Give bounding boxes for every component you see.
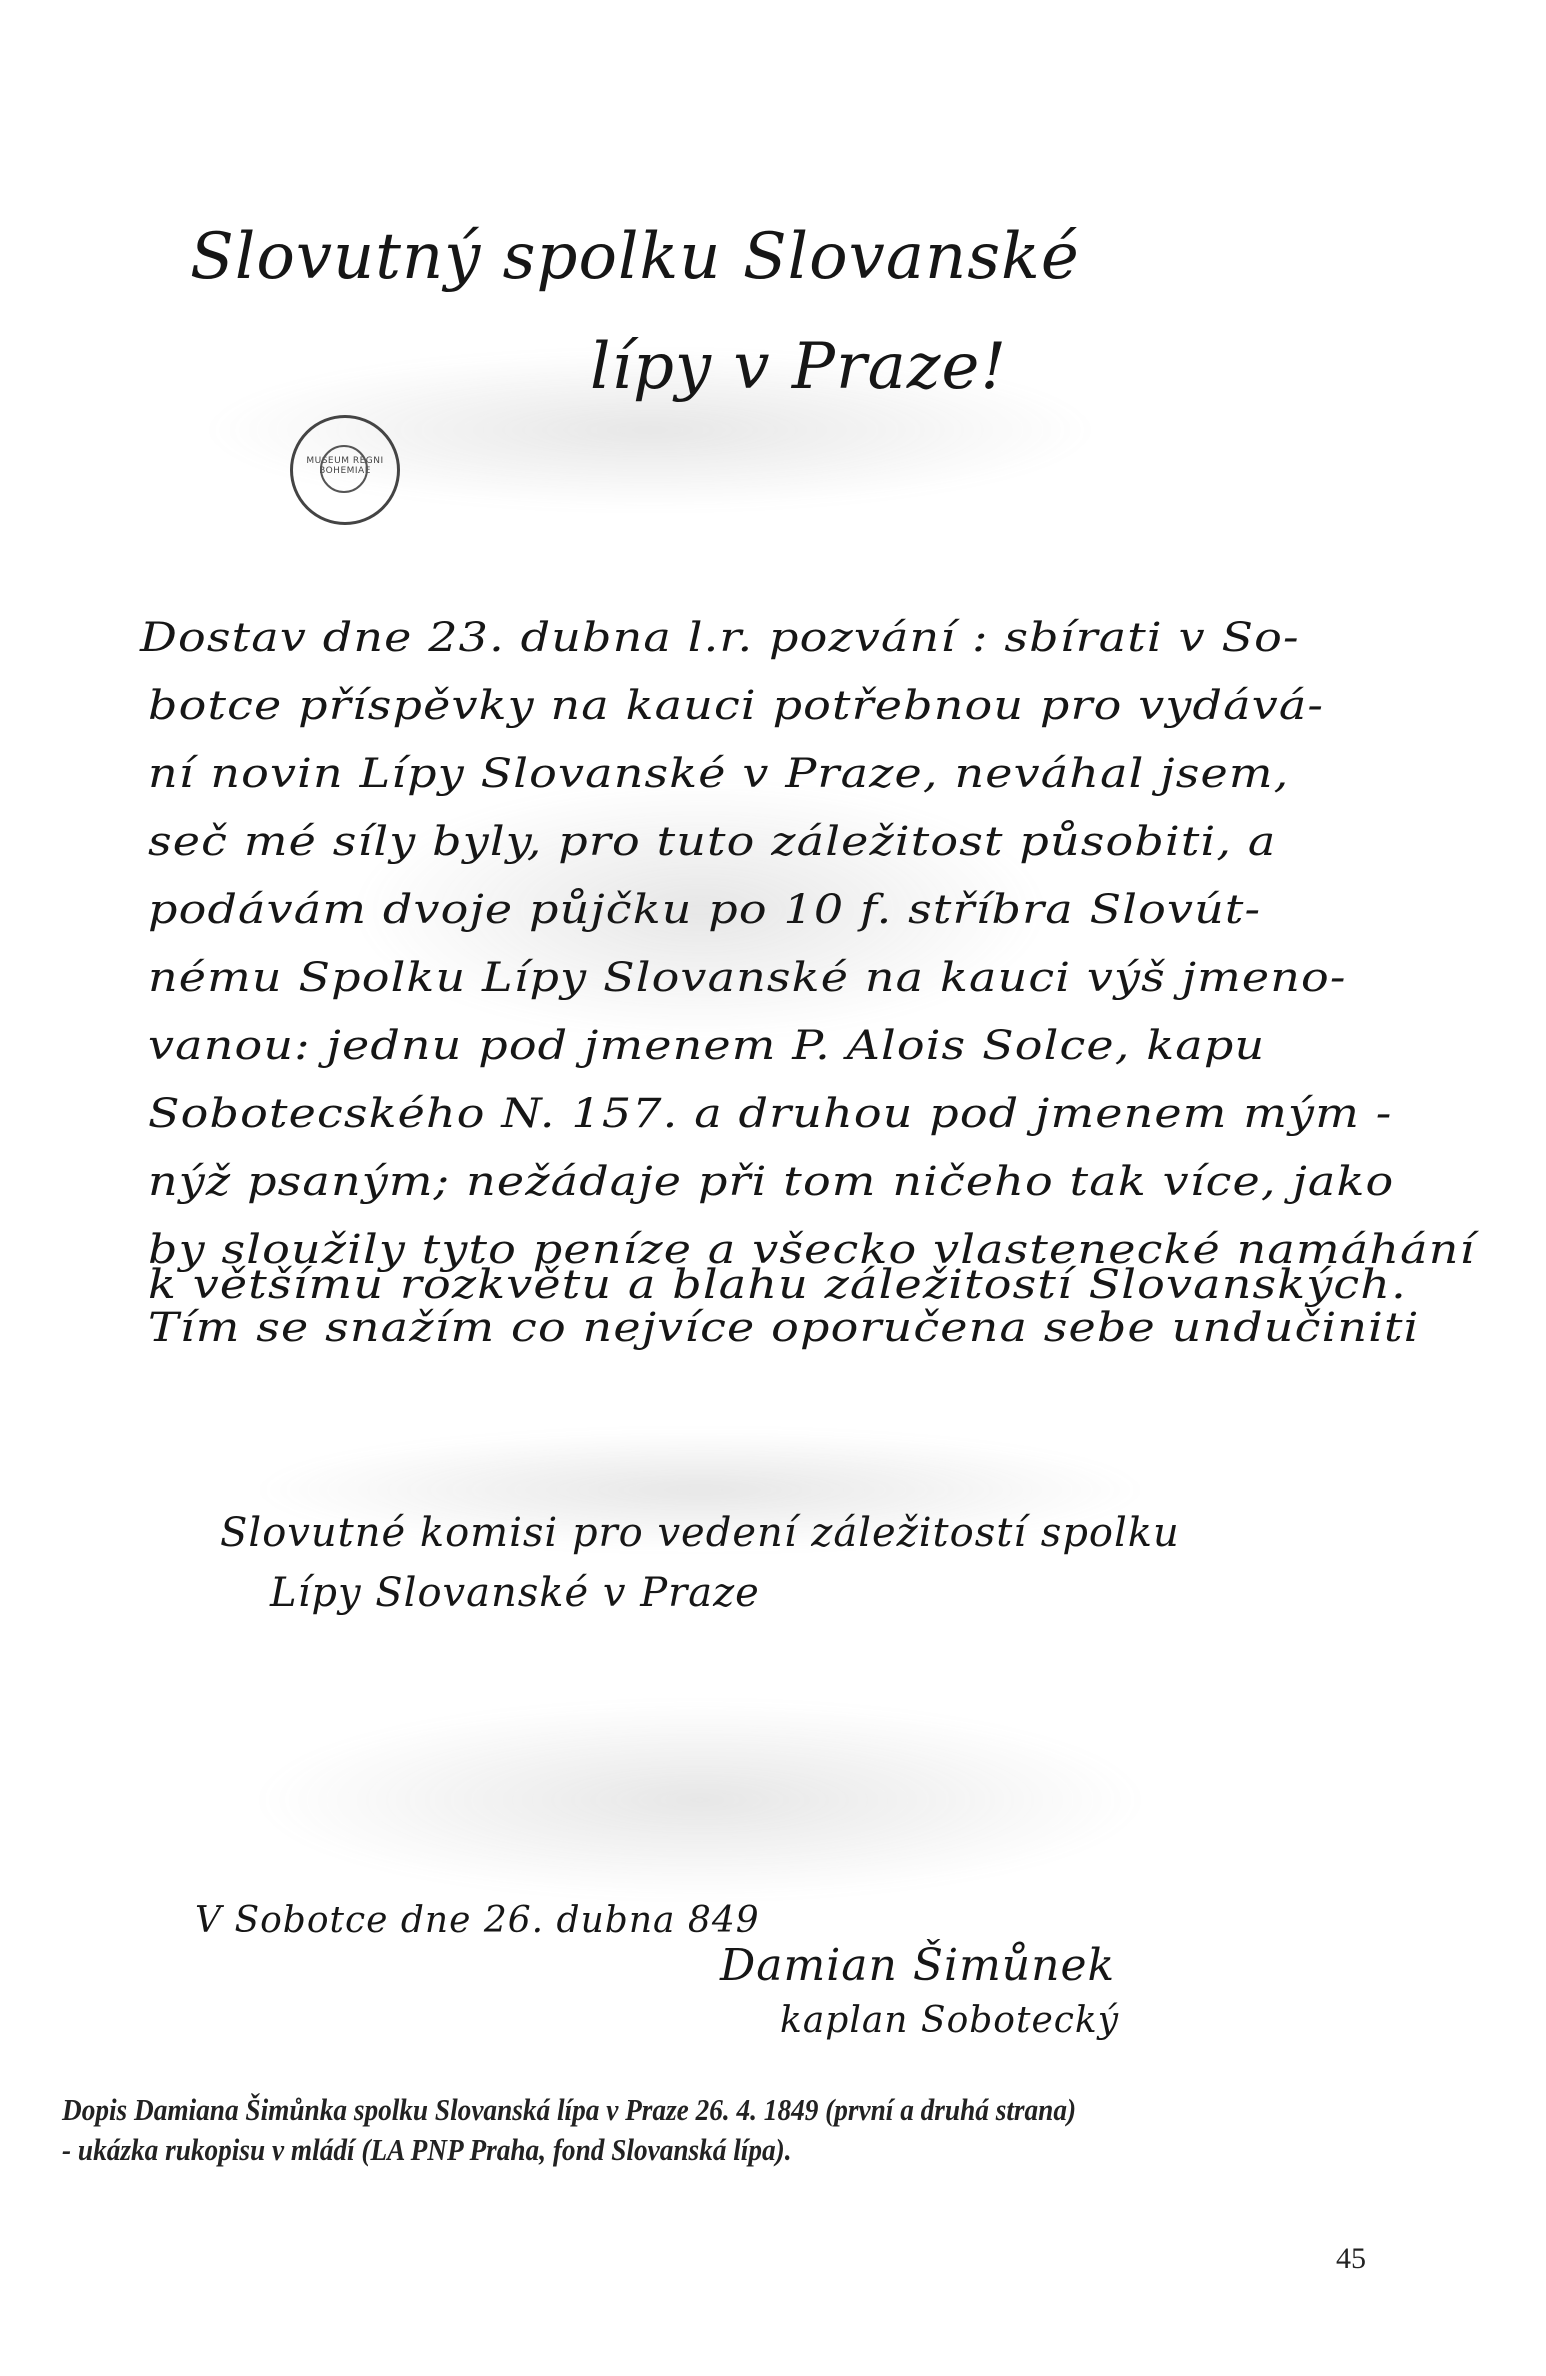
letter-heading-line1: Slovutný spolku Slovanské xyxy=(190,220,1080,294)
letter-body-line: vanou: jednu pod jmenem P. Alois Solce, … xyxy=(148,1023,1265,1069)
letter-body-line: seč mé síly byly, pro tuto záležitost pů… xyxy=(148,819,1276,865)
letter-body-line: botce příspěvky na kauci potřebnou pro v… xyxy=(148,683,1324,729)
museum-stamp-icon: MUSEUM REGNI BOHEMIAE xyxy=(290,415,400,525)
stamp-text: MUSEUM REGNI BOHEMIAE xyxy=(293,456,397,476)
figure-caption: Dopis Damiana Šimůnka spolku Slovanská l… xyxy=(62,2090,1241,2170)
letter-body-line: Dostav dne 23. dubna l.r. pozvání : sbír… xyxy=(140,615,1300,661)
letter-body-line: Sobotecského N. 157. a druhou pod jmenem… xyxy=(148,1091,1392,1137)
letter-body-line: nýž psaným; nežádaje při tom ničeho tak … xyxy=(148,1159,1394,1205)
caption-line2: - ukázka rukopisu v mládí (LA PNP Praha,… xyxy=(62,2130,1241,2170)
page-number: 45 xyxy=(1336,2242,1366,2276)
letter-signature-name: Damian Šimůnek xyxy=(720,1940,1115,1991)
letter-place-date: V Sobotce dne 26. dubna 849 xyxy=(195,1900,760,1941)
letter-body-line: podávám dvoje půjčku po 10 f. stříbra Sl… xyxy=(148,887,1261,933)
caption-line1: Dopis Damiana Šimůnka spolku Slovanská l… xyxy=(62,2090,1241,2130)
letter-body-line: k většímu rozkvětu a blahu záležitostí S… xyxy=(148,1262,1407,1308)
letter-signature-title: kaplan Sobotecký xyxy=(780,2000,1119,2041)
letter-body-line: ní novin Lípy Slovanské v Praze, neváhal… xyxy=(148,751,1289,797)
letter-address-line2: Lípy Slovanské v Praze xyxy=(270,1570,760,1616)
letter-body-line: nému Spolku Lípy Slovanské na kauci výš … xyxy=(148,955,1347,1001)
letter-body-line: Tím se snažím co nejvíce oporučena sebe … xyxy=(148,1305,1420,1351)
letter-address-line1: Slovutné komisi pro vedení záležitostí s… xyxy=(220,1510,1180,1556)
letter-heading-line2: lípy v Praze! xyxy=(590,330,1007,404)
bleed-through-shadow xyxy=(250,1700,1150,1900)
